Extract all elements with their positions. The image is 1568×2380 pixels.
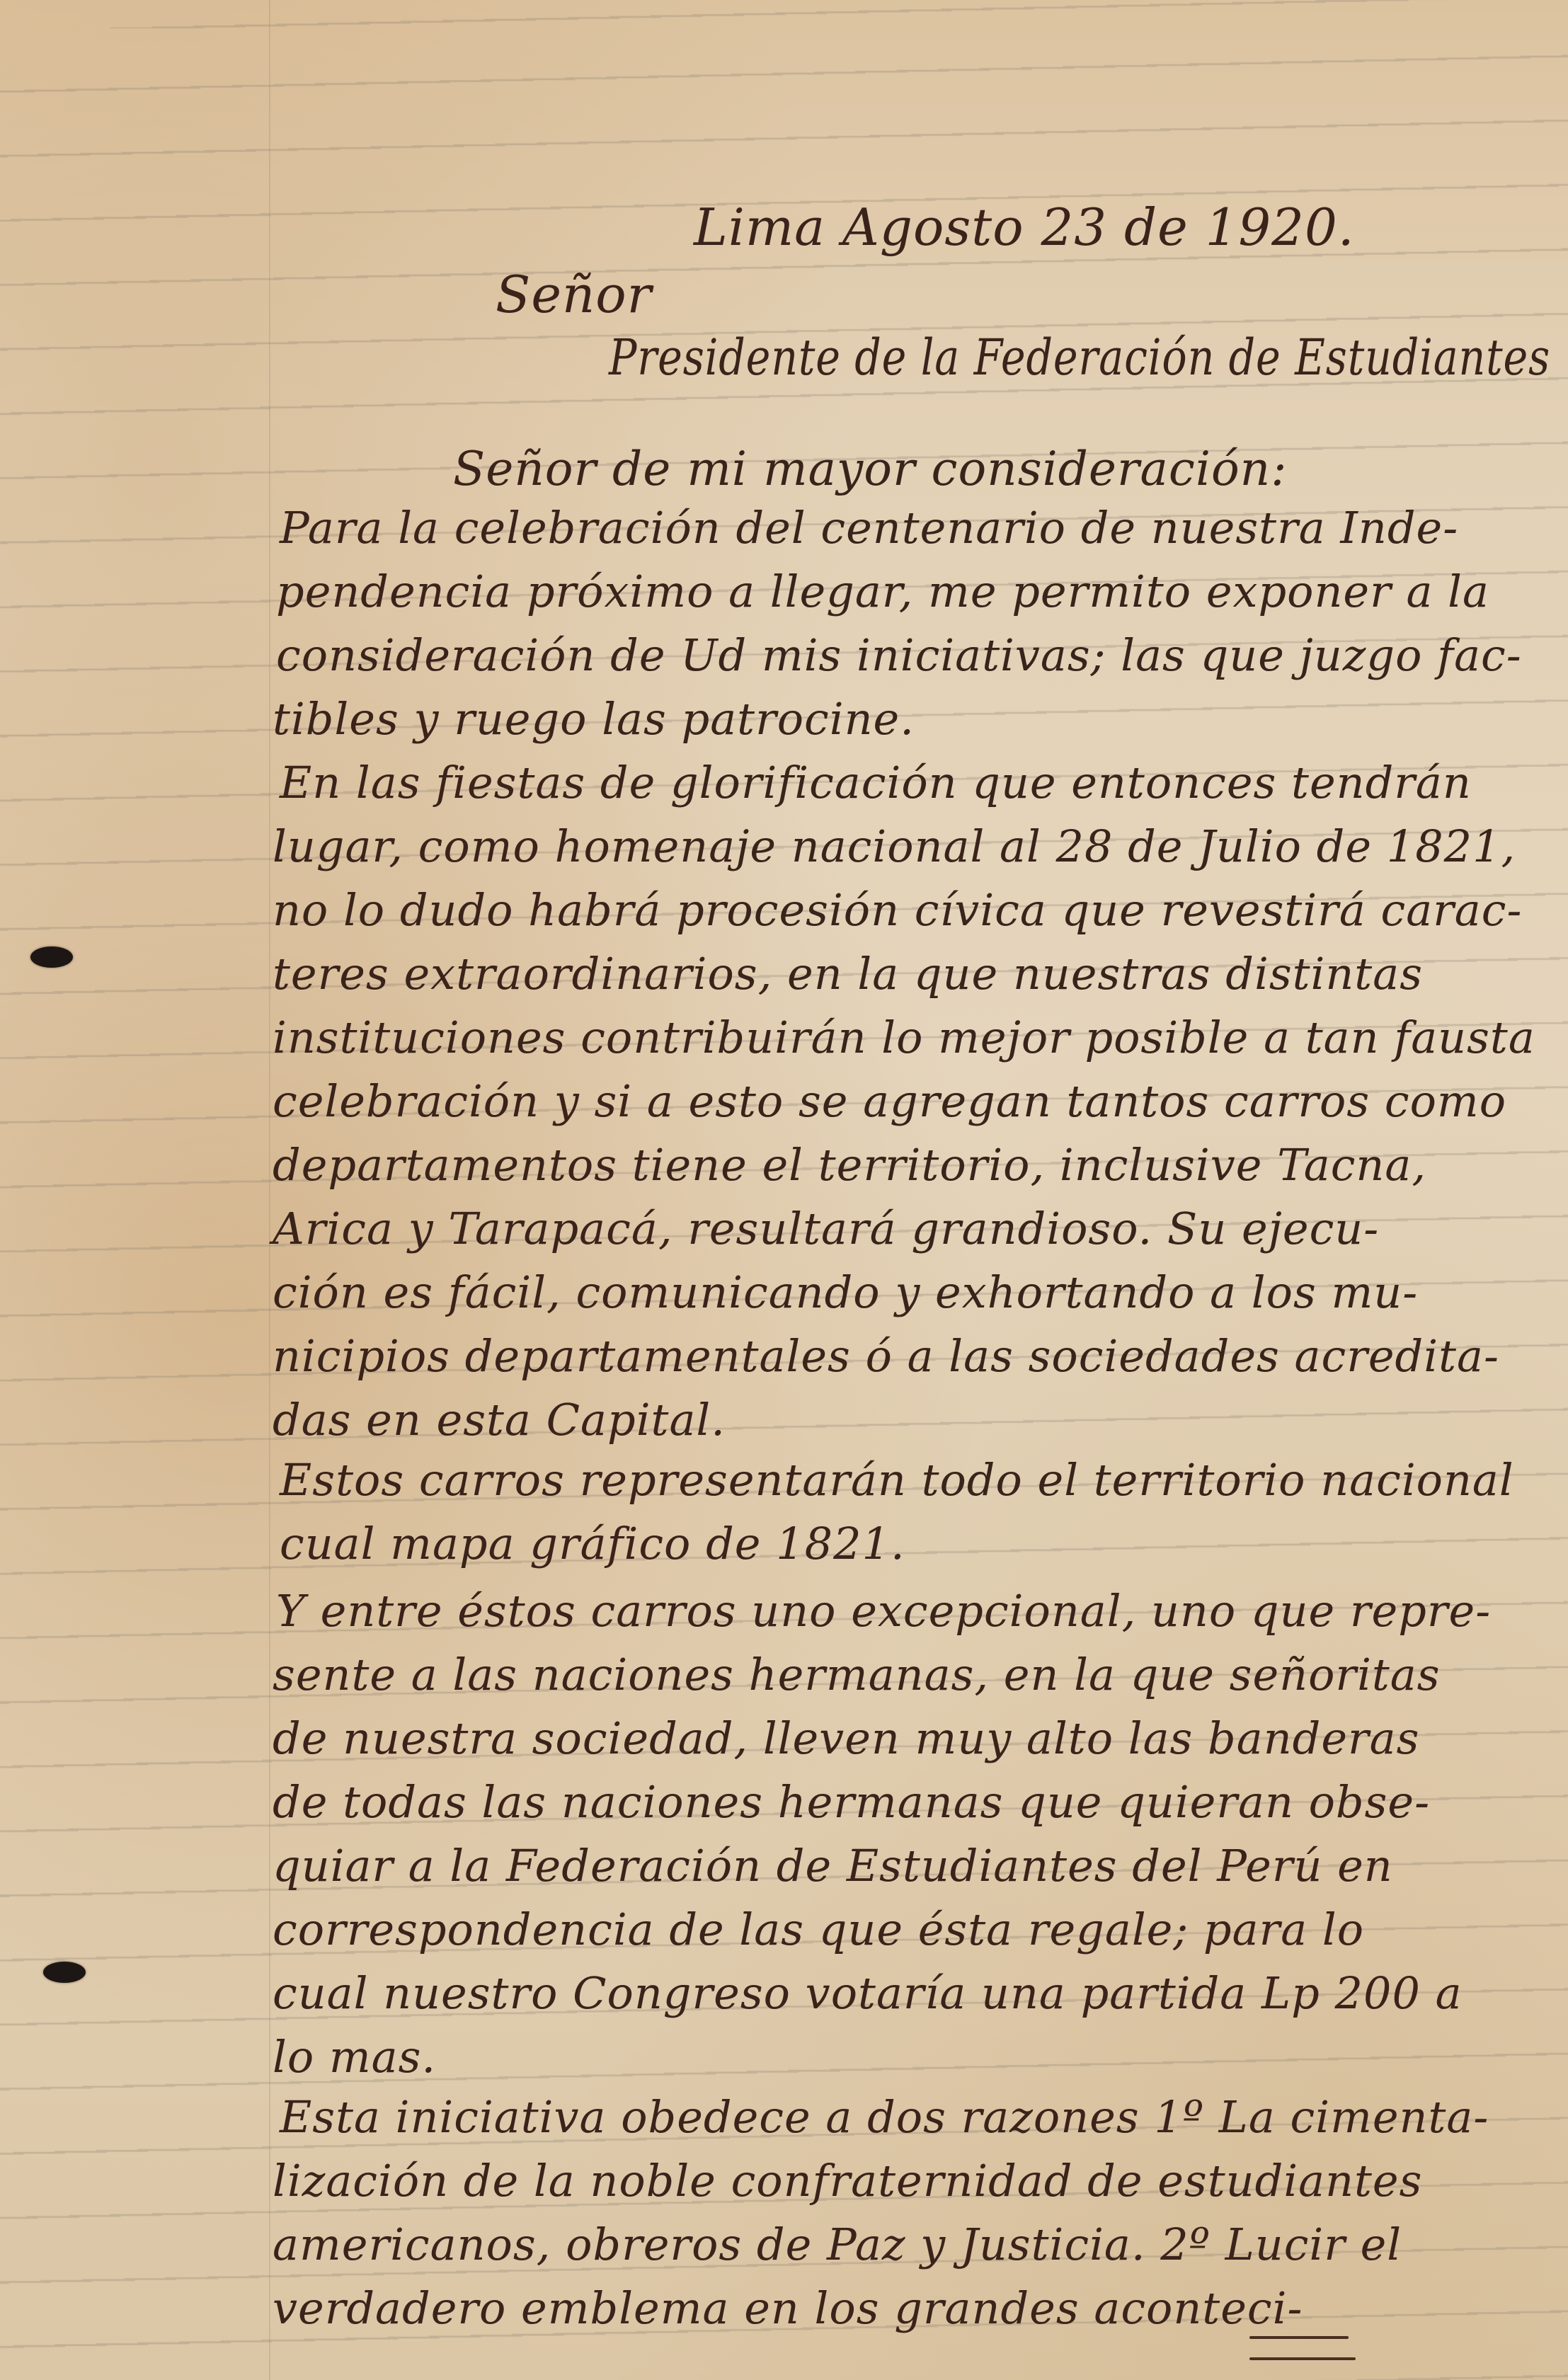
- body-line: consideración de Ud mis iniciativas; las…: [276, 634, 1522, 677]
- body-line: Y entre éstos carros uno excepcional, un…: [276, 1589, 1491, 1633]
- body-line: sente a las naciones hermanas, en la que…: [273, 1653, 1441, 1697]
- handwritten-letter: Lima Agosto 23 de 1920. Señor Presidente…: [0, 0, 1568, 2380]
- continuation-dash: [1249, 2336, 1349, 2339]
- body-line: cual nuestro Congreso votaría una partid…: [273, 1972, 1463, 2015]
- salutation: Señor: [496, 269, 652, 320]
- body-line: pendencia próximo a llegar, me permito e…: [276, 570, 1489, 614]
- body-line: teres extraordinarios, en la que nuestra…: [273, 952, 1423, 996]
- body-line: correspondencia de las que ésta regale; …: [273, 1908, 1364, 1952]
- body-line: cual mapa gráfico de 1821.: [280, 1522, 905, 1566]
- body-line: Estos carros representarán todo el terri…: [280, 1458, 1514, 1502]
- addressee: Presidente de la Federación de Estudiant…: [609, 333, 1550, 382]
- body-line: ción es fácil, comunicando y exhortando …: [273, 1271, 1418, 1315]
- body-line: de nuestra sociedad, lleven muy alto las…: [273, 1717, 1419, 1761]
- body-line: no lo dudo habrá procesión cívica que re…: [273, 888, 1522, 932]
- body-line: lugar, como homenaje nacional al 28 de J…: [273, 825, 1516, 869]
- continuation-dash: [1249, 2357, 1356, 2360]
- body-line: Arica y Tarapacá, resultará grandioso. S…: [273, 1207, 1379, 1251]
- date-line: Lima Agosto 23 de 1920.: [694, 202, 1355, 253]
- greeting: Señor de mi mayor consideración:: [453, 446, 1287, 493]
- body-line: quiar a la Federación de Estudiantes del…: [273, 1844, 1393, 1888]
- body-line: Para la celebración del centenario de nu…: [280, 506, 1458, 550]
- body-line: americanos, obreros de Paz y Justicia. 2…: [273, 2223, 1402, 2267]
- body-line: Esta iniciativa obedece a dos razones 1º…: [280, 2095, 1489, 2139]
- letter-page: Lima Agosto 23 de 1920. Señor Presidente…: [0, 0, 1568, 2380]
- body-line: lo mas.: [273, 2035, 436, 2079]
- body-line: nicipios departamentales ó a las socieda…: [273, 1334, 1499, 1378]
- body-line: das en esta Capital.: [273, 1398, 726, 1442]
- body-line: de todas las naciones hermanas que quier…: [273, 1780, 1430, 1824]
- body-line: instituciones contribuirán lo mejor posi…: [273, 1016, 1535, 1060]
- body-line: lización de la noble confraternidad de e…: [273, 2159, 1422, 2203]
- body-line: departamentos tiene el territorio, inclu…: [273, 1143, 1426, 1187]
- body-line: tibles y ruego las patrocine.: [273, 697, 915, 741]
- body-line: celebración y si a esto se agregan tanto…: [273, 1080, 1506, 1123]
- body-line: verdadero emblema en los grandes acontec…: [273, 2287, 1303, 2330]
- body-line: En las fiestas de glorificación que ento…: [280, 761, 1472, 805]
